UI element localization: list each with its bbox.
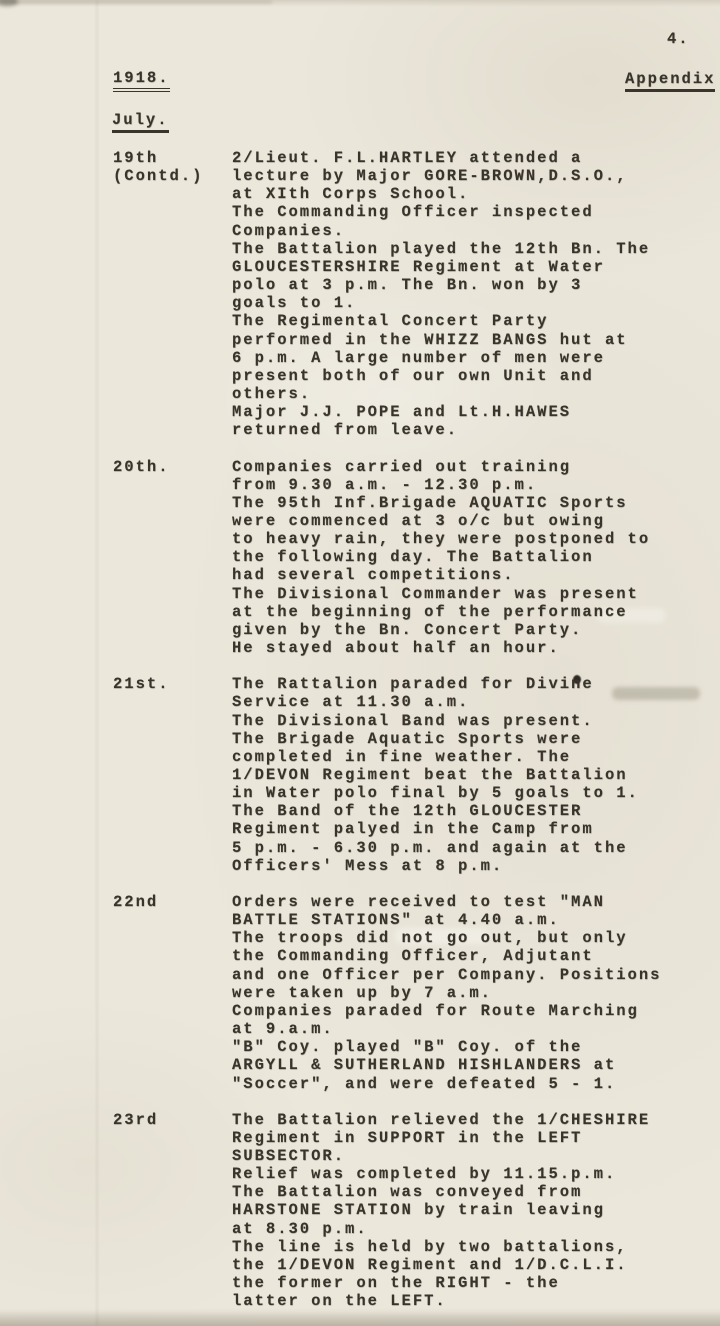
appendix-label: Appendix bbox=[625, 70, 715, 92]
diary-entry: 21st.The Rattalion paraded for Divine Se… bbox=[113, 675, 708, 875]
diary-entry: 19th (Contd.)2/Lieut. F.L.HARTLEY attend… bbox=[113, 149, 708, 440]
diary-entries: 19th (Contd.)2/Lieut. F.L.HARTLEY attend… bbox=[113, 149, 708, 1326]
paper-fold-line bbox=[96, 0, 98, 1326]
diary-entry: 20th.Companies carried out training from… bbox=[113, 458, 708, 658]
entry-date: 22nd bbox=[113, 893, 232, 1093]
page-number: 4. bbox=[667, 30, 690, 48]
year-heading: 1918. bbox=[113, 69, 170, 92]
entry-text: The Rattalion paraded for Divine Service… bbox=[232, 675, 708, 875]
month-heading: July. bbox=[112, 111, 169, 133]
diary-entry: 22ndOrders were received to test "MAN BA… bbox=[113, 893, 708, 1093]
entry-date: 21st. bbox=[113, 675, 232, 875]
entry-text: The Battalion relieved the 1/CHESHIRE Re… bbox=[232, 1111, 708, 1311]
entry-text: Companies carried out training from 9.30… bbox=[232, 458, 708, 658]
scanned-war-diary-page: { "page": { "number": "4.", "year": "191… bbox=[0, 0, 720, 1326]
entry-date: 23rd bbox=[113, 1111, 232, 1311]
entry-date: 19th (Contd.) bbox=[113, 149, 232, 440]
entry-date: 20th. bbox=[113, 458, 232, 658]
stain bbox=[0, 0, 18, 6]
entry-text: Orders were received to test "MAN BATTLE… bbox=[232, 893, 708, 1093]
stain bbox=[12, 0, 272, 4]
diary-entry: 23rdThe Battalion relieved the 1/CHESHIR… bbox=[113, 1111, 708, 1311]
entry-text: 2/Lieut. F.L.HARTLEY attended a lecture … bbox=[232, 149, 708, 440]
